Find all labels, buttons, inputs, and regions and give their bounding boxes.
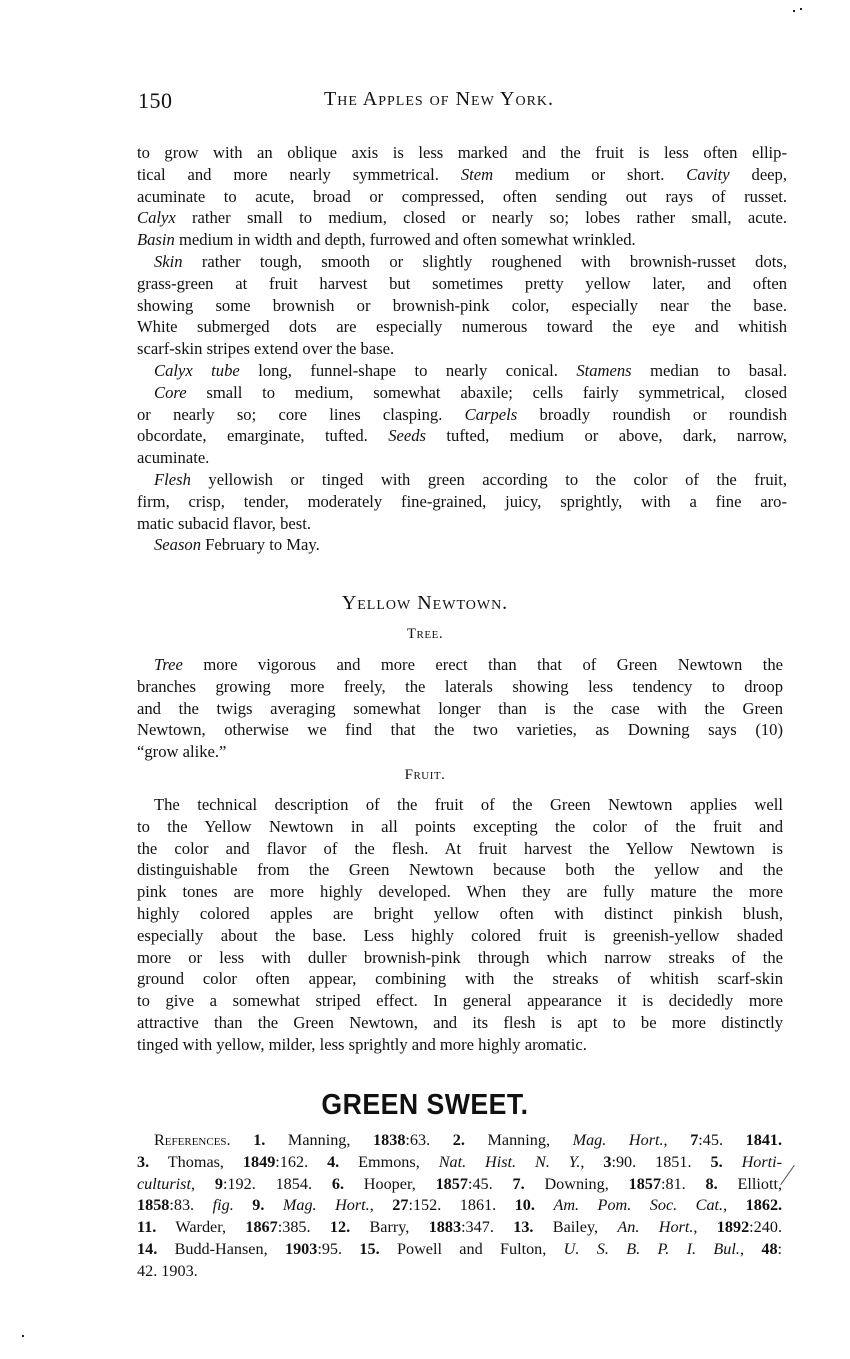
italic-term: Calyx (137, 208, 176, 227)
green-sweet-title: GREEN SWEET. (34, 1089, 816, 1122)
page-header: 150 The Apples of New York. (138, 88, 788, 118)
text-line: the color and flavor of the flesh. At fr… (137, 838, 783, 860)
bold-number: 13. (513, 1218, 533, 1236)
green-sweet-references: References. 1. Manning, 1838:63. 2. Mann… (137, 1130, 782, 1283)
skin-paragraph: Skin rather tough, smooth or slightly ro… (137, 251, 787, 360)
bold-number: 1849 (243, 1153, 275, 1171)
bold-number: 15. (359, 1240, 379, 1258)
bold-number: 7. (513, 1175, 525, 1193)
italic-term: U. S. B. P. I. Bul. (564, 1240, 740, 1258)
references-label: References. (154, 1131, 231, 1149)
bold-number: 1892 (717, 1218, 749, 1236)
bold-number: 9. (252, 1196, 264, 1214)
fruit-subheading: Fruit. (0, 767, 850, 784)
bold-number: 2. (453, 1131, 465, 1149)
italic-term: Nat. Hist. N. Y. (439, 1153, 581, 1171)
text-line: “grow alike.” (137, 741, 783, 763)
bold-number: 1857 (436, 1175, 468, 1193)
bold-number: 48 (761, 1240, 777, 1258)
page-number: 150 (138, 88, 173, 114)
bold-number: 8. (706, 1175, 718, 1193)
fruit-paragraph: The technical description of the fruit o… (137, 794, 783, 1056)
running-head: The Apples of New York. (324, 88, 554, 111)
text-line: matic subacid flavor, best. (137, 513, 787, 535)
italic-term: Mag. Hort. (283, 1196, 370, 1214)
calyx-tube-paragraph: Calyx tube long, funnel-shape to nearly … (137, 360, 787, 382)
bold-number: 1903 (285, 1240, 317, 1258)
text-line: or nearly so; core lines clasping. Carpe… (137, 404, 787, 426)
text-line: to grow with an oblique axis is less mar… (137, 142, 787, 164)
italic-term: Flesh (154, 470, 191, 489)
references-list: References. 1. Manning, 1838:63. 2. Mann… (137, 1130, 782, 1283)
bold-number: 1841. (746, 1131, 782, 1149)
text-line: distinguishable from the Green Newtown b… (137, 859, 783, 881)
yellow-newtown-tree: Tree more vigorous and more erect than t… (137, 654, 783, 763)
bold-number: 12. (330, 1218, 350, 1236)
bold-number: 10. (515, 1196, 535, 1214)
text-line: White submerged dots are especially nume… (137, 316, 787, 338)
italic-term: Basin (137, 230, 175, 249)
scan-speck (22, 1335, 24, 1337)
text-line: ground color often appear, combining wit… (137, 968, 783, 990)
text-line: 1858:83. fig. 9. Mag. Hort., 27:152. 186… (137, 1195, 782, 1217)
text-line: Calyx tube long, funnel-shape to nearly … (137, 360, 787, 382)
bold-number: 1838 (373, 1131, 405, 1149)
text-line: Flesh yellowish or tinged with green acc… (137, 469, 787, 491)
text-line: scarf-skin stripes extend over the base. (137, 338, 787, 360)
bold-number: 5. (710, 1153, 722, 1171)
text-line: The technical description of the fruit o… (137, 794, 783, 816)
text-line: Tree more vigorous and more erect than t… (137, 654, 783, 676)
text-line: 42. 1903. (137, 1261, 782, 1283)
bold-number: 1862. (746, 1196, 782, 1214)
text-line: highly colored apples are bright yellow … (137, 903, 783, 925)
text-line: acuminate. (137, 447, 787, 469)
scan-speck (800, 8, 802, 10)
bold-number: 7 (690, 1131, 698, 1149)
bold-number: 11. (137, 1218, 156, 1236)
text-line: Core small to medium, somewhat abaxile; … (137, 382, 787, 404)
bold-number: 1858 (137, 1196, 169, 1214)
text-line: 14. Budd-Hansen, 1903:95. 15. Powell and… (137, 1239, 782, 1261)
tree-subheading: Tree. (0, 626, 850, 643)
text-line: Newtown, otherwise we find that the two … (137, 719, 783, 741)
text-line: Calyx rather small to medium, closed or … (137, 207, 787, 229)
bold-number: 9 (215, 1175, 223, 1193)
core-paragraph: Core small to medium, somewhat abaxile; … (137, 382, 787, 469)
bold-number: 14. (137, 1240, 157, 1258)
scan-speck (793, 10, 795, 12)
text-line: showing some brownish or brownish-pink c… (137, 295, 787, 317)
italic-term: Mag. Hort. (573, 1131, 664, 1149)
fruit-description-paragraph: to grow with an oblique axis is less mar… (137, 142, 787, 251)
italic-term: Seeds (388, 426, 426, 445)
continuation-description: to grow with an oblique axis is less mar… (137, 142, 787, 556)
text-line: and the twigs averaging somewhat longer … (137, 698, 783, 720)
bold-number: 1867 (245, 1218, 277, 1236)
italic-term: Season (154, 535, 201, 554)
text-line: tical and more nearly symmetrical. Stem … (137, 164, 787, 186)
season-paragraph: Season February to May. (137, 534, 787, 556)
flesh-paragraph: Flesh yellowish or tinged with green acc… (137, 469, 787, 534)
text-line: acuminate to acute, broad or compressed,… (137, 186, 787, 208)
italic-term: An. Hort. (617, 1218, 693, 1236)
bold-number: 3 (603, 1153, 611, 1171)
text-line: pink tones are more highly developed. Wh… (137, 881, 783, 903)
bold-number: 1883 (429, 1218, 461, 1236)
italic-term: Stamens (576, 361, 631, 380)
bold-number: 1857 (629, 1175, 661, 1193)
italic-term: Calyx tube (154, 361, 240, 380)
yellow-newtown-title: Yellow Newtown. (0, 592, 850, 615)
text-line: firm, crisp, tender, moderately fine-gra… (137, 491, 787, 513)
bold-number: 3. (137, 1153, 149, 1171)
italic-term: Cavity (686, 165, 729, 184)
italic-term: Am. Pom. Soc. Cat. (553, 1196, 723, 1214)
italic-term: Horti- (742, 1153, 782, 1171)
text-line: more or less with duller brownish-pink t… (137, 947, 783, 969)
text-line: 11. Warder, 1867:385. 12. Barry, 1883:34… (137, 1217, 782, 1239)
text-line: Basin medium in width and depth, furrowe… (137, 229, 787, 251)
bold-number: 4. (327, 1153, 339, 1171)
text-line: obcordate, emarginate, tufted. Seeds tuf… (137, 425, 787, 447)
tree-paragraph: Tree more vigorous and more erect than t… (137, 654, 783, 763)
text-line: grass-green at fruit harvest but sometim… (137, 273, 787, 295)
bold-number: 27 (392, 1196, 408, 1214)
text-line: References. 1. Manning, 1838:63. 2. Mann… (137, 1130, 782, 1152)
text-line: culturist, 9:192. 1854. 6. Hooper, 1857:… (137, 1174, 782, 1196)
margin-pencil-mark (780, 1165, 795, 1185)
yellow-newtown-fruit: The technical description of the fruit o… (137, 794, 783, 1056)
text-line: branches growing more freely, the latera… (137, 676, 783, 698)
italic-term: Stem (461, 165, 493, 184)
italic-term: Tree (154, 655, 183, 674)
text-line: Skin rather tough, smooth or slightly ro… (137, 251, 787, 273)
text-line: to the Yellow Newtown in all points exce… (137, 816, 783, 838)
book-page: 150 The Apples of New York. to grow with… (0, 0, 850, 1359)
italic-term: culturist (137, 1175, 191, 1193)
italic-term: Skin (154, 252, 183, 271)
italic-term: Core (154, 383, 187, 402)
text-line: to give a somewhat striped effect. In ge… (137, 990, 783, 1012)
bold-number: 1. (253, 1131, 265, 1149)
italic-term: Carpels (465, 405, 518, 424)
text-line: 3. Thomas, 1849:162. 4. Emmons, Nat. His… (137, 1152, 782, 1174)
bold-number: 6. (332, 1175, 344, 1193)
italic-term: fig. (213, 1196, 234, 1214)
text-line: tinged with yellow, milder, less spright… (137, 1034, 783, 1056)
text-line: Season February to May. (137, 534, 787, 556)
text-line: attractive than the Green Newtown, and i… (137, 1012, 783, 1034)
text-line: especially about the base. Less highly c… (137, 925, 783, 947)
